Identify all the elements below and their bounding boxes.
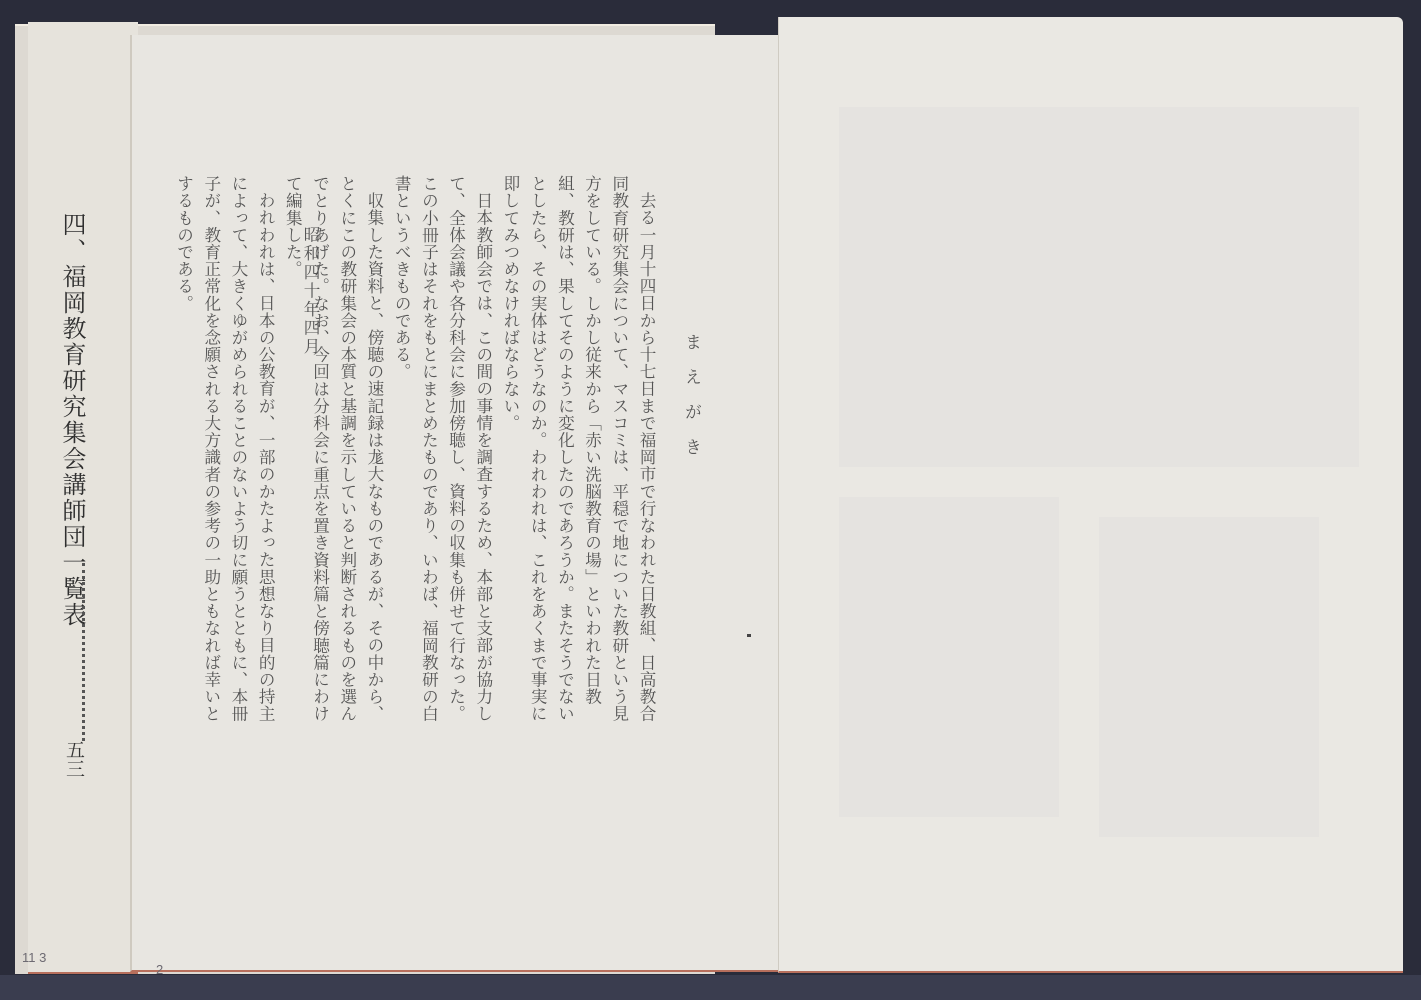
background-surface [0,975,1421,1000]
paper-speck [747,634,751,637]
show-through-region [839,497,1059,817]
preface-paragraph: 去る一月十四日から十七日まで福岡市で行なわれた日教組、日高教合同教育研究集会につ… [497,175,660,735]
preface-heading: まえがき [676,333,706,473]
preface-date: 昭和四十年四月 [298,226,322,356]
toc-page-number: 五三 [59,740,89,778]
right-blank-page [778,17,1403,973]
left-corner-mark: 11 3 [22,950,46,965]
preface-paragraph: 収集した資料と、傍聴の速記録は尨大なものであるが、その中から、とくにこの教研集会… [279,175,388,735]
preface-body: 去る一月十四日から十七日まで福岡市で行なわれた日教組、日高教合同教育研究集会につ… [340,175,660,735]
show-through-region [1099,517,1319,837]
show-through-region [839,107,1359,467]
preface-paragraph: われわれは、日本の公教育が、一部のかたよった思想なり目的の持主によって、大きくゆ… [170,175,279,735]
middle-corner-mark: 2 [156,962,163,977]
toc-leader-dots [82,563,95,741]
preface-paragraph: 日本教師会では、この間の事情を調査するため、本部と支部が協力して、全体会議や各分… [388,175,497,735]
